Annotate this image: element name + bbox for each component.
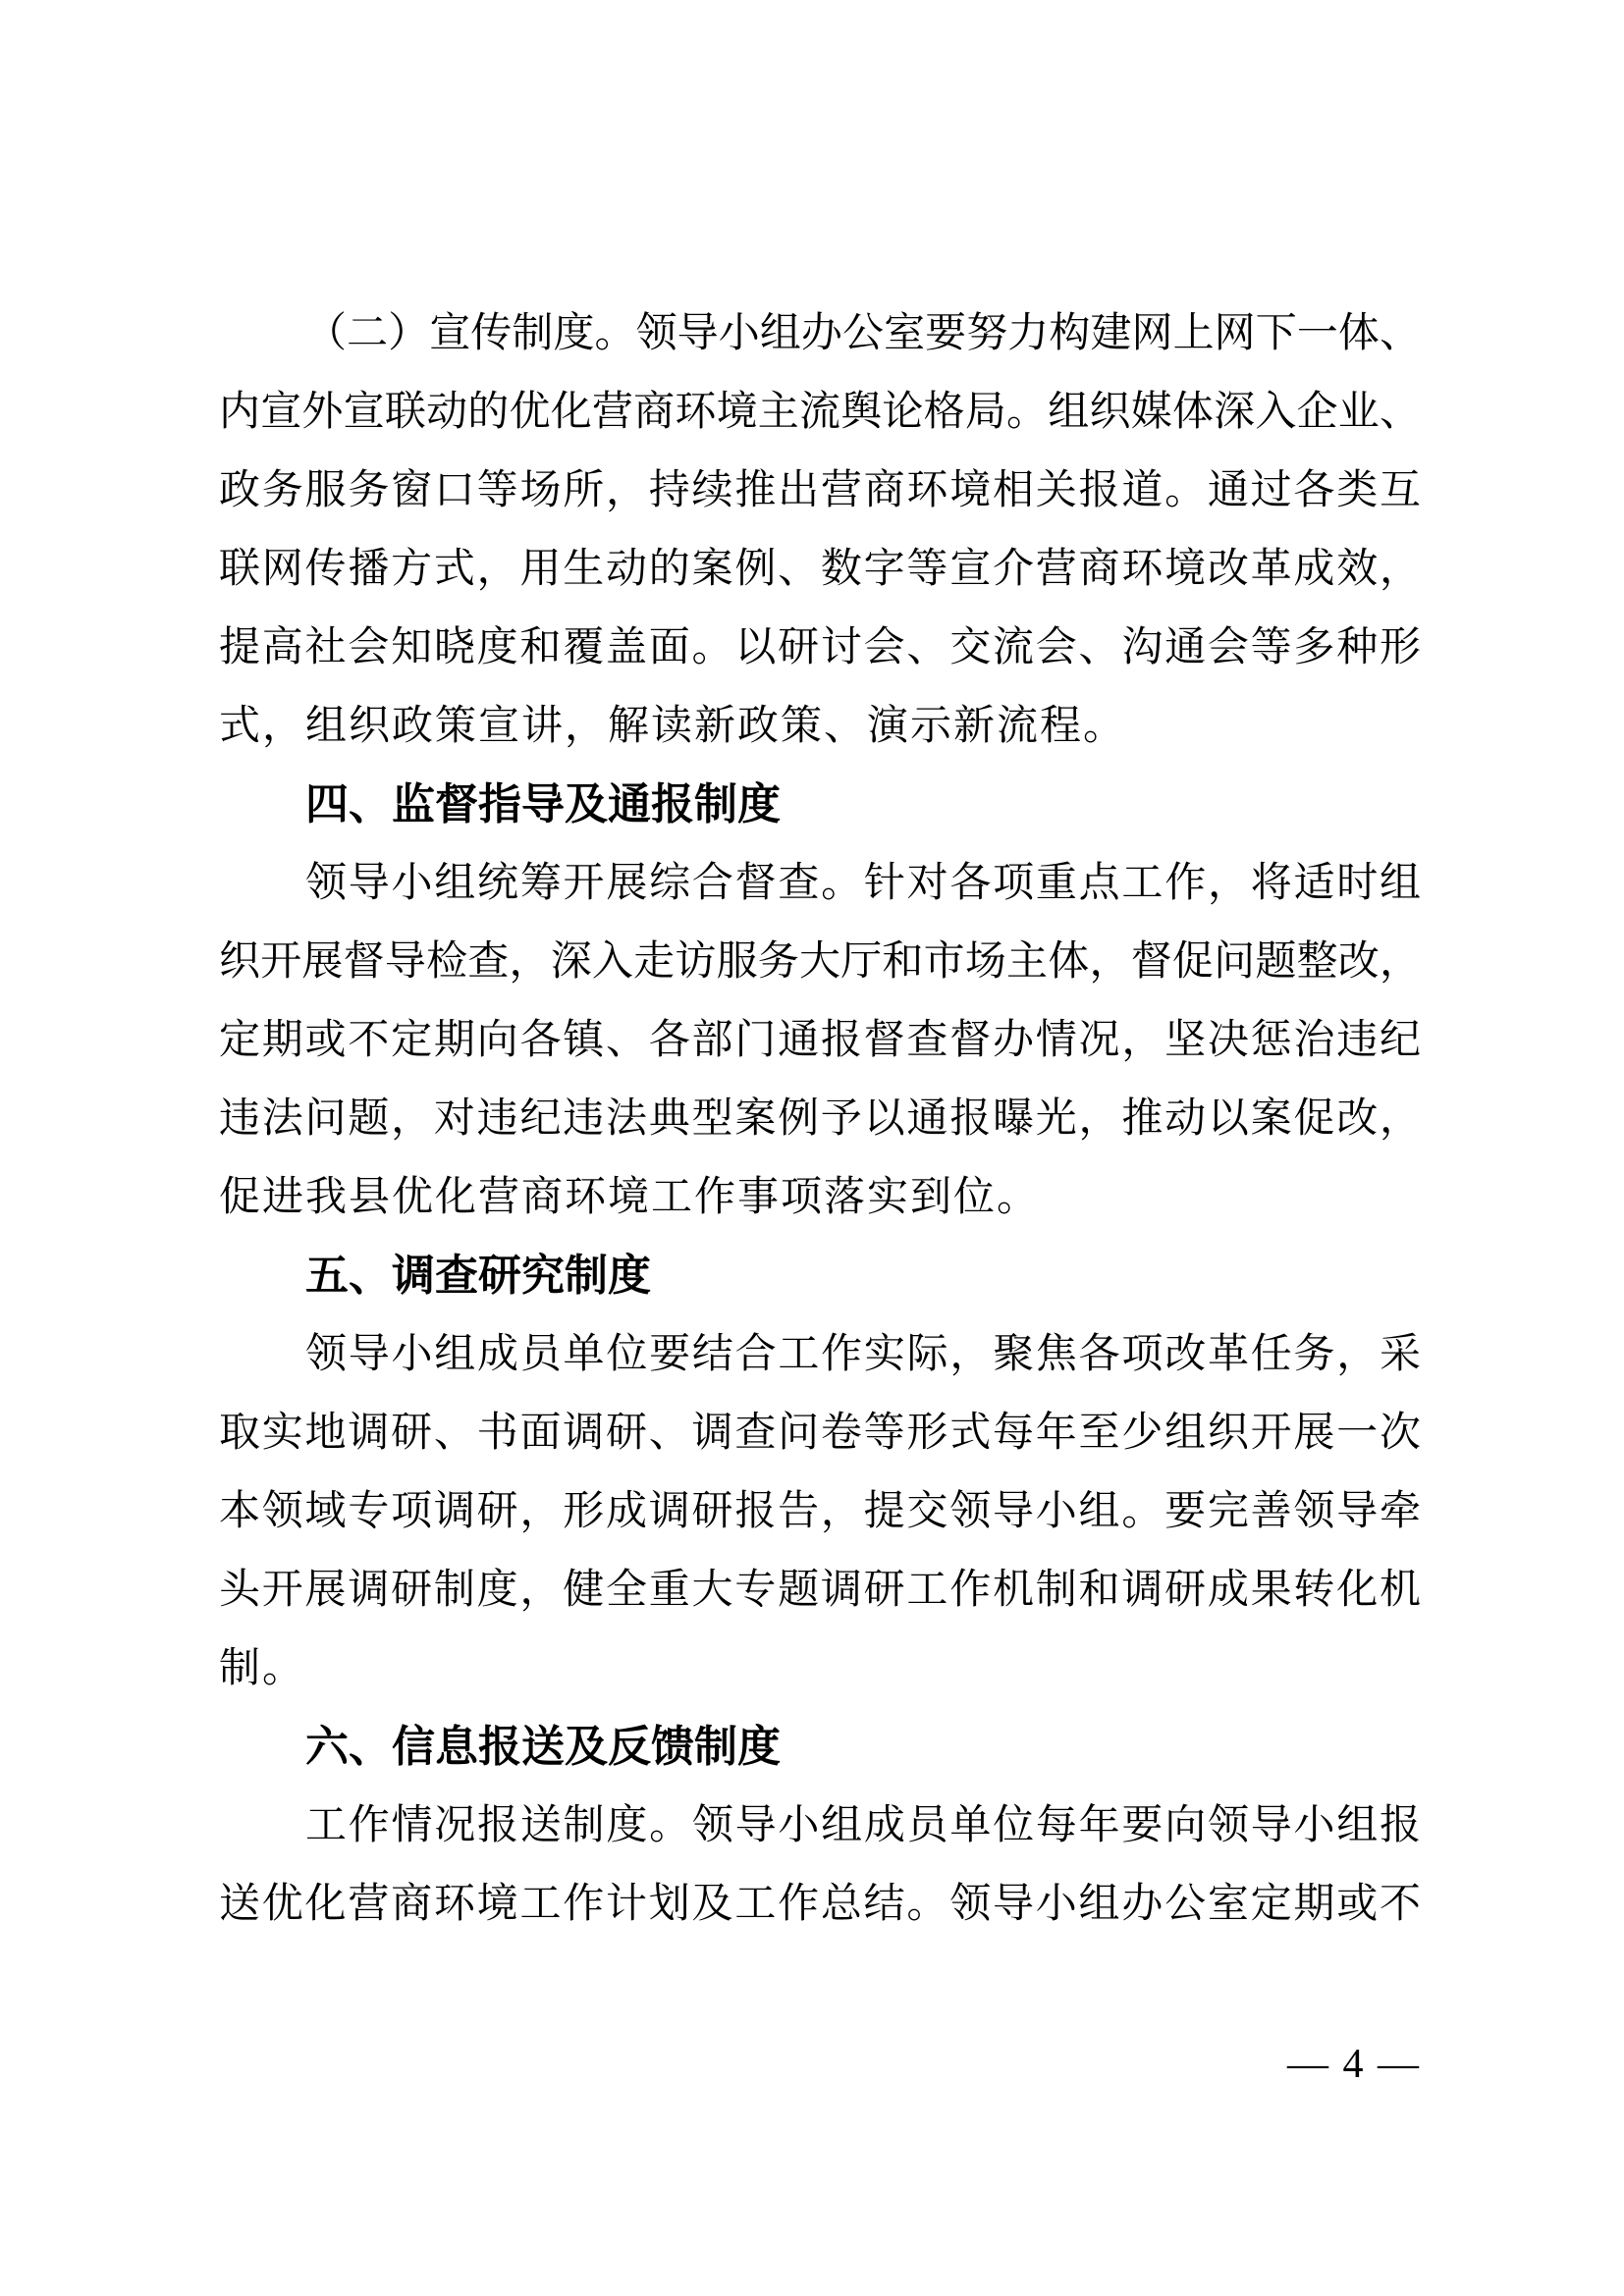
- document-body: （二）宣传制度。领导小组办公室要努力构建网上网下一体、 内宣外宣联动的优化营商环…: [219, 294, 1421, 1944]
- paragraph-research-last-line: 制。: [219, 1629, 1421, 1708]
- body-text-line: 头开展调研制度，健全重大专题调研工作机制和调研成果转化机: [219, 1551, 1421, 1629]
- body-text-line: 联网传播方式，用生动的案例、数字等宣介营商环境改革成效，: [219, 530, 1421, 609]
- paragraph-research-first-line: 领导小组成员单位要结合工作实际，聚焦各项改革任务，采: [219, 1315, 1421, 1394]
- section-heading-research: 五、调查研究制度: [219, 1237, 1421, 1315]
- paragraph-publicity-last-line: 式，组织政策宣讲，解读新政策、演示新流程。: [219, 687, 1421, 766]
- body-text-line: 送优化营商环境工作计划及工作总结。领导小组办公室定期或不: [219, 1865, 1421, 1944]
- body-text-line: 政务服务窗口等场所，持续推出营商环境相关报道。通过各类互: [219, 452, 1421, 530]
- body-text-line: 本领域专项调研，形成调研报告，提交领导小组。要完善领导牵: [219, 1472, 1421, 1551]
- paragraph-supervision-first-line: 领导小组统筹开展综合督查。针对各项重点工作，将适时组: [219, 844, 1421, 923]
- page-number: — 4 —: [1287, 2025, 1421, 2104]
- document-page: （二）宣传制度。领导小组办公室要努力构建网上网下一体、 内宣外宣联动的优化营商环…: [0, 0, 1624, 2296]
- body-text-line: 定期或不定期向各镇、各部门通报督查督办情况，坚决惩治违纪: [219, 1001, 1421, 1080]
- paragraph-reporting-first-line: 工作情况报送制度。领导小组成员单位每年要向领导小组报: [219, 1787, 1421, 1865]
- section-heading-supervision: 四、监督指导及通报制度: [219, 766, 1421, 844]
- body-text-line: 违法问题，对违纪违法典型案例予以通报曝光，推动以案促改，: [219, 1080, 1421, 1158]
- body-text-line: 提高社会知晓度和覆盖面。以研讨会、交流会、沟通会等多种形: [219, 609, 1421, 687]
- body-text-line: 取实地调研、书面调研、调查问卷等形式每年至少组织开展一次: [219, 1394, 1421, 1472]
- body-text-line: 内宣外宣联动的优化营商环境主流舆论格局。组织媒体深入企业、: [219, 373, 1421, 452]
- body-text-line: 织开展督导检查，深入走访服务大厅和市场主体，督促问题整改，: [219, 923, 1421, 1001]
- paragraph-publicity-first-line: （二）宣传制度。领导小组办公室要努力构建网上网下一体、: [219, 294, 1421, 373]
- section-heading-reporting: 六、信息报送及反馈制度: [219, 1708, 1421, 1787]
- paragraph-supervision-last-line: 促进我县优化营商环境工作事项落实到位。: [219, 1158, 1421, 1237]
